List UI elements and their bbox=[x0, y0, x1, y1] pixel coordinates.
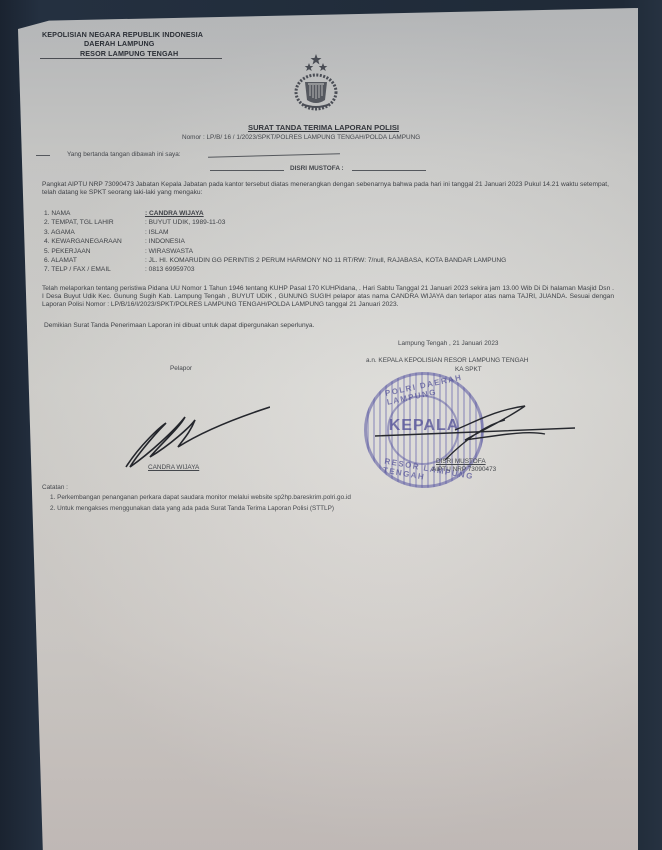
field-label: 2. TEMPAT, TGL LAHIR bbox=[44, 219, 114, 226]
field-value: : 0813 69959703 bbox=[145, 266, 195, 273]
officer-name-heading: DISRI MUSTOFA : bbox=[290, 165, 344, 172]
officer-rank: AIPTU NRP 73090473 bbox=[432, 466, 496, 473]
field-value: : ISLAM bbox=[145, 229, 168, 236]
field-label: 3. AGAMA bbox=[44, 229, 75, 236]
field-row: 4. KEWARGANEGARAAN : INDONESIA bbox=[44, 238, 624, 247]
undersigned-text: Yang bertanda tangan dibawah ini saya: bbox=[67, 151, 181, 158]
field-label: 6. ALAMAT bbox=[44, 257, 77, 264]
report-number: Nomor : LP/B/ 16 / 1/2023/SPKT/POLRES LA… bbox=[182, 134, 420, 141]
field-row: 5. PEKERJAAN : WIRASWASTA bbox=[44, 248, 624, 257]
note-item: 2. Untuk mengakses menggunakan data yang… bbox=[50, 505, 334, 512]
reporter-label: Pelapor bbox=[170, 365, 192, 372]
field-label: 5. PEKERJAAN bbox=[44, 248, 91, 255]
leader-dash bbox=[210, 170, 284, 171]
document-title: SURAT TANDA TERIMA LAPORAN POLISI bbox=[248, 123, 399, 132]
place-date: Lampung Tengah , 21 Januari 2023 bbox=[398, 340, 498, 347]
leader-dash bbox=[36, 155, 50, 156]
field-value: : JL. HI. KOMARUDIN GG PERINTIS 2 PERUM … bbox=[145, 257, 506, 264]
field-value: : INDONESIA bbox=[145, 238, 185, 245]
field-row: 1. NAMA : CANDRA WIJAYA bbox=[44, 210, 624, 219]
field-value: : CANDRA WIJAYA bbox=[145, 210, 204, 217]
intro-paragraph: Pangkat AIPTU NRP 73090473 Jabatan Kepal… bbox=[42, 181, 622, 197]
field-row: 3. AGAMA : ISLAM bbox=[44, 229, 624, 238]
leader-dash bbox=[352, 170, 426, 171]
field-row: 6. ALAMAT : JL. HI. KOMARUDIN GG PERINTI… bbox=[44, 257, 624, 266]
field-label: 7. TELP / FAX / EMAIL bbox=[44, 266, 111, 273]
report-paragraph: Telah melaporkan tentang peristiwa Pidan… bbox=[42, 285, 614, 310]
header-org-line1: KEPOLISIAN NEGARA REPUBLIK INDONESIA bbox=[42, 30, 203, 39]
header-underline bbox=[40, 58, 222, 59]
closing-statement: Demikian Surat Tanda Penerimaan Laporan … bbox=[44, 322, 314, 330]
reporter-details: 1. NAMA : CANDRA WIJAYA 2. TEMPAT, TGL L… bbox=[44, 210, 624, 276]
notes-title: Catatan : bbox=[42, 484, 68, 491]
field-label: 4. KEWARGANEGARAAN bbox=[44, 238, 122, 245]
officer-signature bbox=[375, 400, 575, 460]
reporter-signature bbox=[120, 405, 270, 470]
field-label: 1. NAMA bbox=[44, 210, 70, 217]
officer-name: DISRI MUSTOFA bbox=[436, 458, 486, 465]
header-org-line3: RESOR LAMPUNG TENGAH bbox=[80, 49, 178, 58]
field-value: : BUYUT UDIK, 1989-11-03 bbox=[145, 219, 225, 226]
field-row: 7. TELP / FAX / EMAIL : 0813 69959703 bbox=[44, 266, 624, 275]
field-value: : WIRASWASTA bbox=[145, 248, 193, 255]
header-org-line2: DAERAH LAMPUNG bbox=[84, 39, 154, 48]
reporter-name: CANDRA WIJAYA bbox=[148, 464, 199, 471]
field-row: 2. TEMPAT, TGL LAHIR : BUYUT UDIK, 1989-… bbox=[44, 219, 624, 228]
police-emblem-icon bbox=[288, 52, 344, 112]
on-behalf-of: a.n. KEPALA KEPOLISIAN RESOR LAMPUNG TEN… bbox=[366, 357, 528, 364]
note-item: 1. Perkembangan penanganan perkara dapat… bbox=[50, 494, 351, 501]
